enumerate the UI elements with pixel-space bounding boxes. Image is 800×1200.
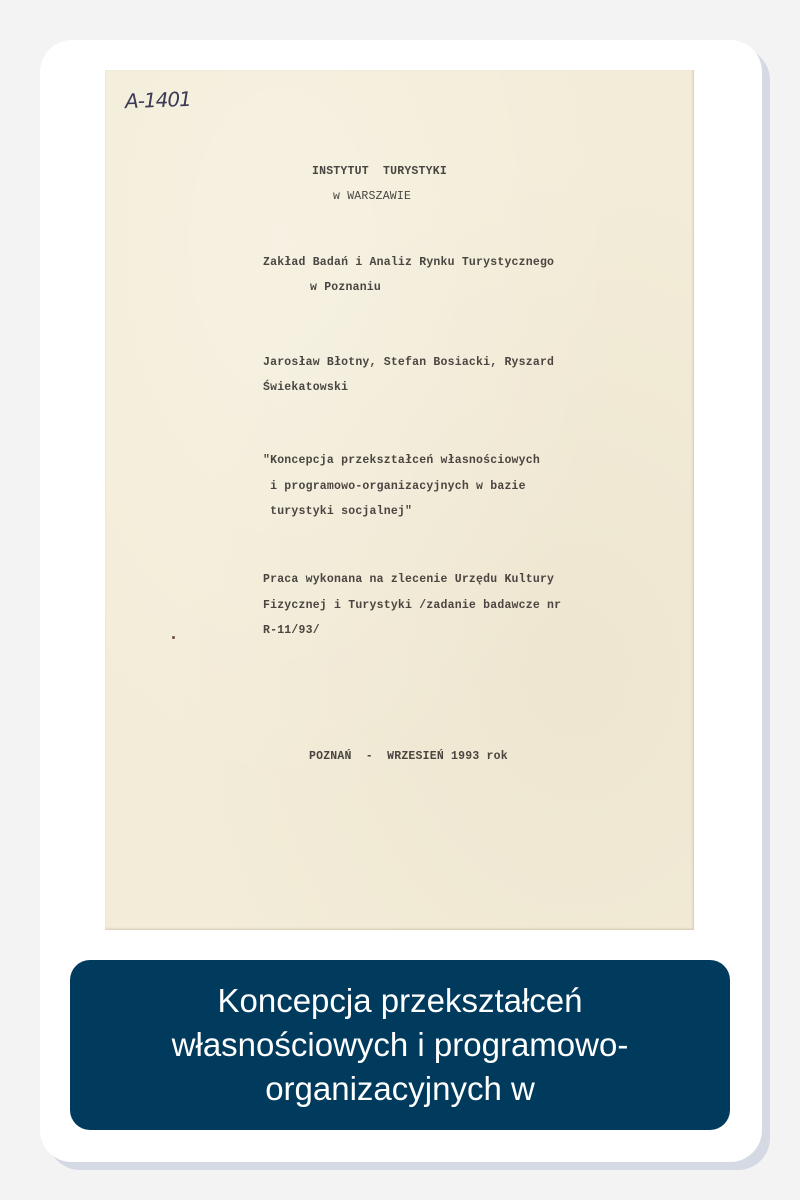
commission-line-1: Praca wykonana na zlecenie Urzędu Kultur…: [263, 573, 554, 586]
department-city: w Poznaniu: [310, 281, 381, 294]
title-line-2: i programowo-organizacyjnych w bazie: [263, 480, 526, 493]
commission-line-3: R-11/93/: [263, 624, 320, 637]
caption-title: Koncepcja przekształceń własnościowych i…: [100, 979, 700, 1111]
department-name: Zakład Badań i Analiz Rynku Turystyczneg…: [263, 256, 554, 269]
paper-speck: [172, 636, 175, 639]
institution-city: w WARSZAWIE: [333, 190, 411, 203]
archive-number: A-1401: [125, 87, 192, 113]
title-line-1: "Koncepcja przekształceń własnościowych: [263, 454, 540, 467]
caption-box[interactable]: Koncepcja przekształceń własnościowych i…: [70, 960, 730, 1130]
commission-line-2: Fizycznej i Turystyki /zadanie badawcze …: [263, 599, 561, 612]
authors-line-1: Jarosław Błotny, Stefan Bosiacki, Ryszar…: [263, 356, 554, 369]
institution-name: INSTYTUT TURYSTYKI: [312, 165, 447, 178]
title-line-3: turystyki socjalnej": [263, 505, 412, 518]
authors-line-2: Świekatowski: [263, 381, 348, 394]
document-scan-image[interactable]: A-1401 INSTYTUT TURYSTYKI w WARSZAWIE Za…: [105, 70, 694, 930]
place-and-date: POZNAŃ - WRZESIEŃ 1993 rok: [309, 750, 508, 763]
